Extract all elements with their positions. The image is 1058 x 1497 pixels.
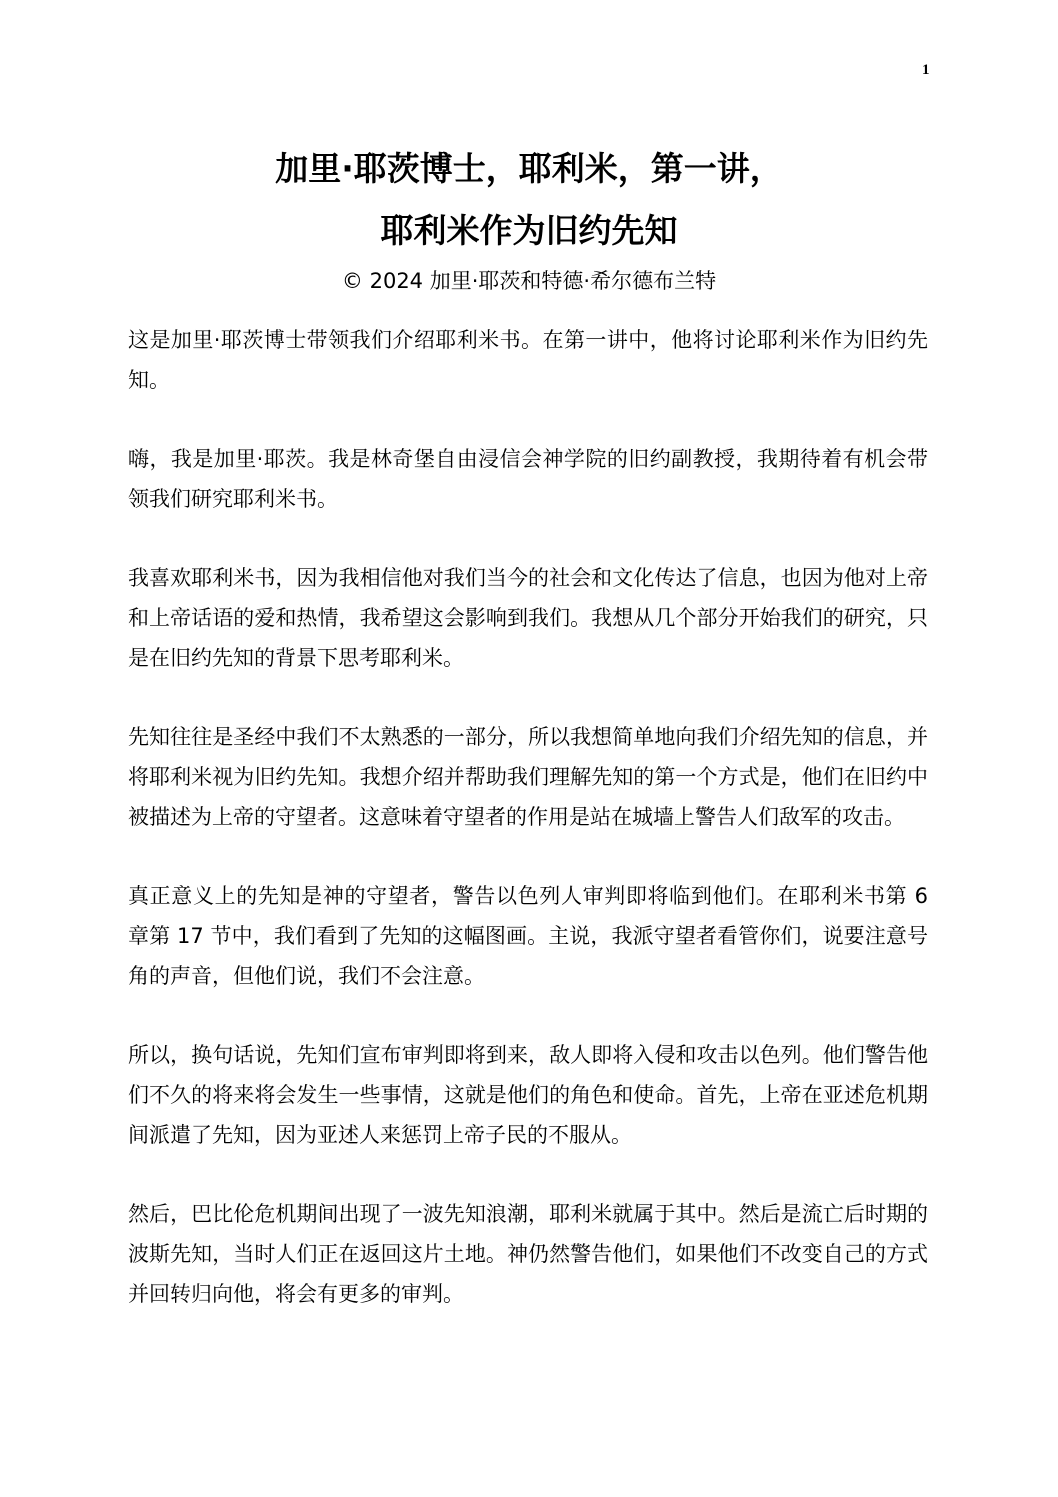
paragraph-intro: 这是加里·耶茨博士带领我们介绍耶利米书。在第一讲中，他将讨论耶利米作为旧约先知。 (128, 320, 928, 400)
paragraph-assyrian-crisis: 所以，换句话说，先知们宣布审判即将到来，敌人即将入侵和攻击以色列。他们警告他们不… (128, 1035, 928, 1155)
page-number: 1 (922, 62, 930, 79)
document-title-line-2: 耶利米作为旧约先知 (0, 200, 1058, 262)
copyright-notice: © 2024 加里·耶茨和特德·希尔德布兰特 (0, 266, 1058, 296)
paragraph-prophets-as-watchmen: 先知往往是圣经中我们不太熟悉的一部分，所以我想简单地向我们介绍先知的信息，并将耶… (128, 717, 928, 837)
document-title-line-1: 加里·耶茨博士，耶利米，第一讲， (0, 138, 1058, 200)
title-block: 加里·耶茨博士，耶利米，第一讲， 耶利米作为旧约先知 © 2024 加里·耶茨和… (0, 138, 1058, 296)
paragraph-jeremiah-6-17: 真正意义上的先知是神的守望者，警告以色列人审判即将临到他们。在耶利米书第 6 章… (128, 876, 928, 996)
paragraph-greeting: 嗨，我是加里·耶茨。我是林奇堡自由浸信会神学院的旧约副教授，我期待着有机会带领我… (128, 439, 928, 519)
paragraph-why-jeremiah: 我喜欢耶利米书，因为我相信他对我们当今的社会和文化传达了信息，也因为他对上帝和上… (128, 558, 928, 678)
paragraph-babylonian-crisis: 然后，巴比伦危机期间出现了一波先知浪潮，耶利米就属于其中。然后是流亡后时期的波斯… (128, 1194, 928, 1314)
document-body: 这是加里·耶茨博士带领我们介绍耶利米书。在第一讲中，他将讨论耶利米作为旧约先知。… (128, 320, 928, 1353)
